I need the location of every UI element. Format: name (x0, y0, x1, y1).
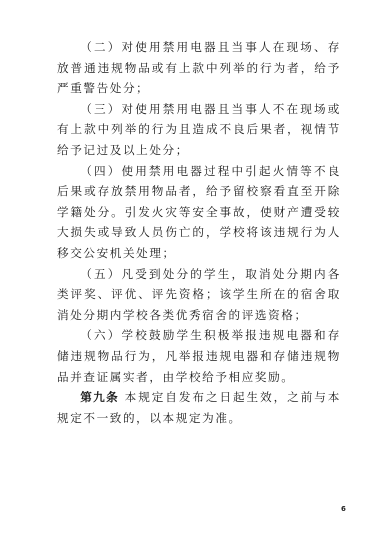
paragraph-3: （三）对使用禁用电器且当事人不在现场或有上款中列举的行为且造成不良后果者，视情节… (57, 99, 341, 161)
article-9-label: 第九条 (80, 390, 119, 404)
page-number: 6 (341, 505, 346, 513)
paragraph-5: （五）凡受到处分的学生，取消处分期内各类评奖、评优、评先资格；该学生所在的宿舍取… (57, 264, 341, 326)
article-9: 第九条 本规定自发布之日起生效，之前与本规定不一致的，以本规定为准。 (57, 387, 341, 428)
paragraph-6: （六）学校鼓励学生积极举报违规电器和存储违规物品行为，凡举报违规电器和存储违规物… (57, 325, 341, 387)
paragraph-4: （四）使用禁用电器过程中引起火情等不良后果或存放禁用物品者，给予留校察看直至开除… (57, 161, 341, 264)
document-body: （二）对使用禁用电器且当事人在现场、存放普通违规物品或有上款中列举的行为者，给予… (57, 37, 341, 428)
paragraph-2: （二）对使用禁用电器且当事人在现场、存放普通违规物品或有上款中列举的行为者，给予… (57, 37, 341, 99)
